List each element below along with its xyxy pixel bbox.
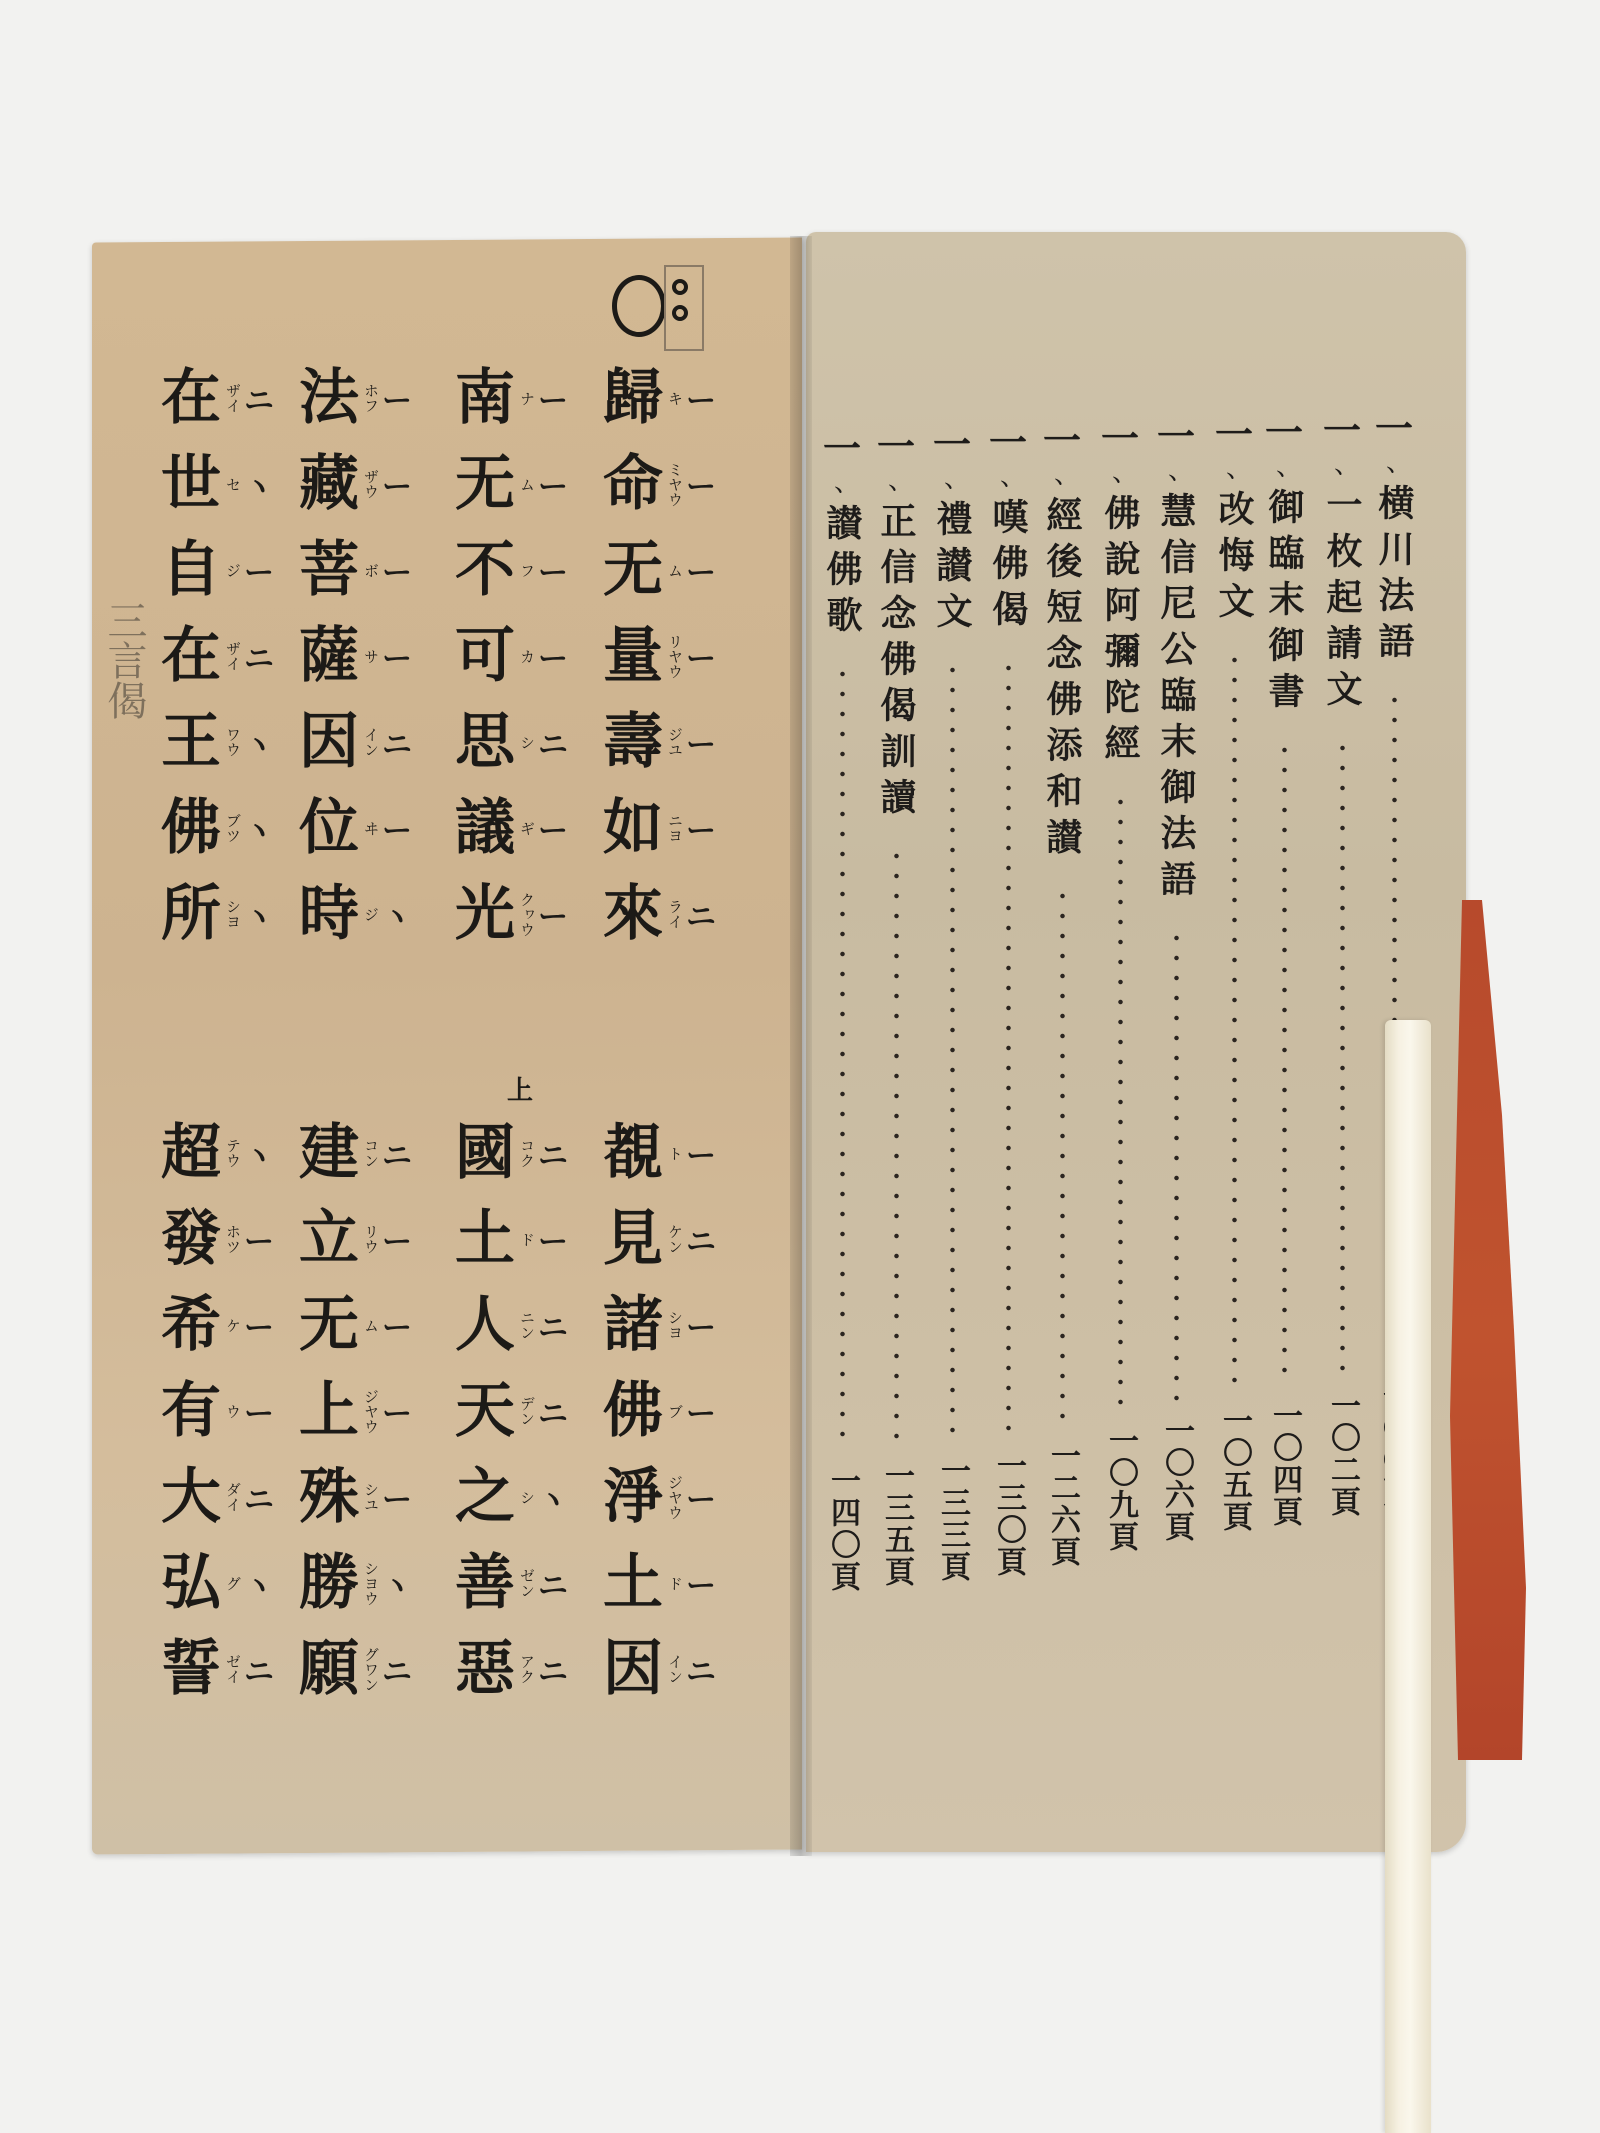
glyph-row: 願グワンニ [296,1626,412,1712]
reading-mark: ー [686,462,716,506]
glyph-row: 有ウー [158,1368,274,1454]
furigana: テウ [226,1138,240,1168]
red-cloth-ribbon [1450,900,1530,1760]
toc-entry[interactable]: 一、正信念佛偈訓讀一三五頁 [874,428,918,1588]
toc-leader-dots [840,664,845,1451]
glyph-row: 佛ブー [600,1368,716,1454]
glyph-row: 法ホフー [296,355,412,441]
kanji: 自 [158,540,224,600]
glyph-row: 國コクニ [452,1110,568,1196]
kanji: 不 [452,540,518,600]
glyph-row: 淨ジヤウー [600,1454,716,1540]
glyph-row: 建コンニ [296,1110,412,1196]
furigana: サ [364,649,378,664]
kanji: 南 [452,368,518,428]
toc-title: 佛說阿彌陀經 [1102,494,1138,770]
furigana: ホフ [364,383,378,413]
toc-comma: 、 [834,470,860,496]
glyph-row: 希ケー [158,1282,274,1368]
toc-page-number: 一〇九頁 [1105,1425,1135,1553]
furigana: ワウ [226,727,240,757]
kanji: 發 [158,1209,224,1269]
reading-mark: ニ [538,1131,568,1175]
text-column: 在ザイニ世セヽ自ジー在ザイニ王ワウヽ佛ブツヽ所シヨヽ [158,355,274,957]
toc-leader-dots [1232,650,1237,1391]
toc-entry[interactable]: 一、御臨末御書一〇四頁 [1262,414,1306,1528]
kanji: 无 [296,1295,362,1355]
reading-mark: ー [538,806,568,850]
kanji: 覩 [600,1123,666,1183]
furigana: グ [226,1576,240,1591]
toc-comma: 、 [944,466,970,492]
glyph-row: 在ザイニ [158,355,274,441]
glyph-row: 大ダイニ [158,1454,274,1540]
reading-mark: ニ [382,720,412,764]
kanji: 量 [600,626,666,686]
reading-mark: ニ [244,1647,274,1691]
furigana: アク [520,1654,534,1684]
reading-mark: ー [382,1475,412,1519]
toc-comma: 、 [1000,464,1026,490]
toc-page-number: 一〇四頁 [1269,1400,1299,1528]
reading-mark: ー [382,1389,412,1433]
furigana: ム [668,563,682,578]
glyph-row: 佛ブツヽ [158,785,274,871]
glyph-row: 位ヰー [296,785,412,871]
kanji: 可 [452,626,518,686]
text-column: 建コンニ立リウー无ムー上ジヤウー殊シユー勝シヨウヽ願グワンニ [296,1110,412,1712]
reading-mark: ー [382,806,412,850]
kanji: 上 [296,1381,362,1441]
kanji: 世 [158,454,224,514]
toc-leader-dots [1174,928,1179,1401]
furigana: キ [668,391,682,406]
toc-leader-dots [1118,792,1123,1411]
furigana: ウ [226,1404,240,1419]
reading-mark: ー [686,1303,716,1347]
reading-mark: ー [686,634,716,678]
toc-title: 慧信尼公臨末御法語 [1158,492,1194,906]
reading-mark: ー [244,1303,274,1347]
reading-mark: ニ [686,892,716,936]
toc-title: 嘆佛偈 [990,498,1026,636]
reading-mark: ヽ [244,806,274,850]
glyph-row: 薩サー [296,613,412,699]
kanji: 无 [452,454,518,514]
glyph-row: 菩ボー [296,527,412,613]
toc-bullet: 一 [933,426,971,464]
reading-mark: ー [686,720,716,764]
furigana: ゼン [520,1568,534,1598]
glyph-row: 所シヨヽ [158,871,274,957]
glyph-row: 思シニ [452,699,568,785]
section-marker: 上 [507,1070,533,1107]
kanji: 法 [296,368,362,428]
glyph-row: 上ジヤウー [296,1368,412,1454]
glyph-row: 土ドー [600,1540,716,1626]
toc-title: 讃佛歌 [824,504,860,642]
kanji: 光 [452,884,518,944]
furigana: グワン [364,1647,378,1692]
reading-mark: ー [538,634,568,678]
glyph-row: 天デンニ [452,1368,568,1454]
toc-title: 正信念佛偈訓讀 [878,502,914,824]
reading-mark: ー [686,548,716,592]
kanji: 王 [158,712,224,772]
reading-mark: ー [244,1217,274,1261]
glyph-row: 之シヽ [452,1454,568,1540]
glyph-row: 藏ザウー [296,441,412,527]
kanji: 建 [296,1123,362,1183]
reading-mark: ー [686,1561,716,1605]
glyph-row: 善ゼンニ [452,1540,568,1626]
toc-page-number: 一四〇頁 [827,1465,857,1593]
toc-comma: 、 [1334,452,1360,478]
toc-page-number: 一三五頁 [881,1460,911,1588]
furigana: ホツ [226,1224,240,1254]
reading-mark: ー [244,548,274,592]
kanji: 之 [452,1467,518,1527]
toc-bullet: 一 [877,428,915,466]
toc-leader-dots [894,846,899,1446]
furigana: シヨウ [364,1561,378,1606]
kanji: 壽 [600,712,666,772]
reading-mark: ヽ [538,1475,568,1519]
furigana: イン [364,727,378,757]
glyph-row: 因インニ [296,699,412,785]
glyph-row: 土ドー [452,1196,568,1282]
kanji: 國 [452,1123,518,1183]
toc-bullet: 一 [989,424,1027,462]
glyph-row: 諸シヨー [600,1282,716,1368]
toc-page-number: 一〇六頁 [1161,1415,1191,1543]
reading-mark: ー [538,548,568,592]
toc-bullet: 一 [1323,412,1361,450]
reading-mark: ニ [686,1217,716,1261]
furigana: ザイ [226,641,240,671]
toc-bullet: 一 [1043,422,1081,460]
furigana: ジヤウ [364,1389,378,1434]
kanji: 有 [158,1381,224,1441]
kanji: 因 [296,712,362,772]
kanji: 淨 [600,1467,666,1527]
reading-mark: ー [382,1217,412,1261]
toc-bullet: 一 [1215,416,1253,454]
reading-mark: ー [686,376,716,420]
furigana: ボ [364,563,378,578]
text-column: 覩トー見ケンニ諸シヨー佛ブー淨ジヤウー土ドー因インニ [600,1110,716,1712]
toc-title: 改悔文 [1216,490,1252,628]
glyph-row: 發ホツー [158,1196,274,1282]
glyph-row: 光クヮウー [452,871,568,957]
toc-leader-dots [1282,740,1287,1386]
reading-mark: ニ [538,720,568,764]
glyph-row: 覩トー [600,1110,716,1196]
furigana: シユ [364,1482,378,1512]
glyph-row: 无ムー [452,441,568,527]
reading-mark: ヽ [382,1561,412,1605]
text-column: 超テウヽ發ホツー希ケー有ウー大ダイニ弘グヽ誓ゼイニ [158,1110,274,1712]
kanji: 无 [600,540,666,600]
kanji: 見 [600,1209,666,1269]
kanji: 希 [158,1295,224,1355]
toc-bullet: 一 [1265,414,1303,452]
glyph-row: 惡アクニ [452,1626,568,1712]
toc-entry[interactable]: 一、佛說阿彌陀經一〇九頁 [1098,420,1142,1553]
reading-mark: ニ [686,1647,716,1691]
reading-mark: ニ [538,1561,568,1605]
glyph-row: 立リウー [296,1196,412,1282]
kanji: 殊 [296,1467,362,1527]
toc-entry[interactable]: 一、嘆佛偈一三〇頁 [986,424,1030,1578]
furigana: ケン [668,1224,682,1254]
reading-mark: ー [686,1389,716,1433]
kanji: 議 [452,798,518,858]
bleed-through-text: 三言偈 [98,600,150,720]
furigana: シ [520,1490,534,1505]
glyph-row: 如ニヨー [600,785,716,871]
toc-page-number: 一三三頁 [937,1455,967,1583]
toc-comma: 、 [1226,456,1252,482]
reading-mark: ニ [382,1647,412,1691]
toc-page-number: 一二六頁 [1047,1440,1077,1568]
furigana: ト [668,1146,682,1161]
toc-title: 禮讃文 [934,500,970,638]
glyph-row: 誓ゼイニ [158,1626,274,1712]
glyph-row: 殊シユー [296,1454,412,1540]
text-column: 歸キー命ミヤウー无ムー量リヤウー壽ジユー如ニヨー來ライニ [600,355,716,957]
toc-entry[interactable]: 一、改悔文一〇五頁 [1212,416,1256,1533]
toc-leader-dots [1006,658,1011,1436]
toc-entry[interactable]: 一、禮讃文一三三頁 [930,426,974,1583]
glyph-row: 時ジヽ [296,871,412,957]
furigana: クヮウ [520,892,534,937]
reading-mark: ー [382,1303,412,1347]
reading-mark: ー [382,634,412,678]
toc-entry[interactable]: 一、慧信尼公臨末御法語一〇六頁 [1154,418,1198,1543]
glyph-row: 超テウヽ [158,1110,274,1196]
glyph-row: 在ザイニ [158,613,274,699]
reading-mark: ー [686,806,716,850]
reading-mark: ニ [244,634,274,678]
reading-mark: ヽ [244,462,274,506]
furigana: シ [520,735,534,750]
toc-entry[interactable]: 一、一枚起請文一〇二頁 [1320,412,1364,1518]
kanji: 藏 [296,454,362,514]
furigana: デン [520,1396,534,1426]
toc-bullet: 一 [1157,418,1195,456]
glyph-row: 壽ジユー [600,699,716,785]
toc-comma: 、 [1386,450,1412,476]
furigana: ヰ [364,821,378,836]
furigana: ド [668,1576,682,1591]
bone-stick [1385,1020,1431,2133]
reading-mark: ニ [382,1131,412,1175]
glyph-row: 命ミヤウー [600,441,716,527]
toc-entry[interactable]: 一、讃佛歌一四〇頁 [820,430,864,1593]
reading-mark: ー [382,462,412,506]
glyph-row: 因インニ [600,1626,716,1712]
book-gutter [790,236,812,1856]
kanji: 因 [600,1639,666,1699]
reading-mark: ー [244,1389,274,1433]
stamp-mark-icon [664,265,704,351]
reading-mark: ー [382,376,412,420]
toc-leader-dots [1340,738,1345,1376]
toc-title: 一枚起請文 [1324,486,1360,716]
kanji: 在 [158,368,224,428]
kanji: 佛 [600,1381,666,1441]
text-column: 國コクニ土ドー人ニンニ天デンニ之シヽ善ゼンニ惡アクニ [452,1110,568,1712]
kanji: 弘 [158,1553,224,1613]
kanji: 願 [296,1639,362,1699]
kanji: 如 [600,798,666,858]
glyph-row: 世セヽ [158,441,274,527]
toc-page-number: 一三〇頁 [993,1450,1023,1578]
toc-leader-dots [1060,886,1065,1426]
reading-mark: ー [538,892,568,936]
toc-comma: 、 [1276,454,1302,480]
furigana: カ [520,649,534,664]
glyph-row: 歸キー [600,355,716,441]
glyph-row: 見ケンニ [600,1196,716,1282]
furigana: ド [520,1232,534,1247]
reading-mark: ヽ [244,720,274,764]
reading-mark: ヽ [244,892,274,936]
furigana: ギ [520,821,534,836]
reading-mark: ー [538,1217,568,1261]
kanji: 土 [452,1209,518,1269]
glyph-row: 无ムー [600,527,716,613]
furigana: イン [668,1654,682,1684]
glyph-row: 可カー [452,613,568,699]
glyph-row: 王ワウヽ [158,699,274,785]
toc-bullet: 一 [1101,420,1139,458]
reading-mark: ニ [538,1303,568,1347]
circle-mark-icon [612,275,666,337]
kanji: 在 [158,626,224,686]
kanji: 誓 [158,1639,224,1699]
furigana: ジ [226,563,240,578]
glyph-row: 自ジー [158,527,274,613]
kanji: 所 [158,884,224,944]
reading-mark: ー [382,548,412,592]
glyph-row: 无ムー [296,1282,412,1368]
toc-title: 御臨末御書 [1266,488,1302,718]
furigana: セ [226,477,240,492]
toc-title: 經後短念佛添和讃 [1044,496,1080,864]
reading-mark: ヽ [244,1561,274,1605]
kanji: 命 [600,454,666,514]
toc-page-number: 一〇二頁 [1327,1390,1357,1518]
kanji: 天 [452,1381,518,1441]
furigana: ライ [668,899,682,929]
glyph-row: 勝シヨウヽ [296,1540,412,1626]
kanji: 立 [296,1209,362,1269]
toc-comma: 、 [1168,458,1194,484]
toc-bullet: 一 [823,430,861,468]
reading-mark: ー [538,376,568,420]
kanji: 來 [600,884,666,944]
furigana: ジユ [668,727,682,757]
kanji: 思 [452,712,518,772]
toc-bullet: 一 [1375,410,1413,448]
kanji: 人 [452,1295,518,1355]
toc-entry[interactable]: 一、經後短念佛添和讃一二六頁 [1040,422,1084,1568]
reading-mark: ー [538,462,568,506]
glyph-row: 人ニンニ [452,1282,568,1368]
kanji: 諸 [600,1295,666,1355]
furigana: ジヤウ [668,1475,682,1520]
reading-mark: ニ [244,376,274,420]
text-column: 南ナー无ムー不フー可カー思シニ議ギー光クヮウー [452,355,568,957]
reading-mark: ニ [244,1475,274,1519]
furigana: ミヤウ [668,462,682,507]
furigana: ケ [226,1318,240,1333]
reading-mark: ー [686,1131,716,1175]
furigana: ブツ [226,813,240,843]
toc-comma: 、 [1054,462,1080,488]
furigana: ム [520,477,534,492]
glyph-row: 南ナー [452,355,568,441]
reading-mark: ニ [538,1389,568,1433]
glyph-row: 不フー [452,527,568,613]
toc-comma: 、 [888,468,914,494]
furigana: フ [520,563,534,578]
kanji: 佛 [158,798,224,858]
kanji: 惡 [452,1639,518,1699]
text-column: 法ホフー藏ザウー菩ボー薩サー因インニ位ヰー時ジヽ [296,355,412,957]
kanji: 善 [452,1553,518,1613]
furigana: ム [364,1318,378,1333]
glyph-row: 來ライニ [600,871,716,957]
toc-comma: 、 [1112,460,1138,486]
reading-mark: ー [686,1475,716,1519]
toc-page-number: 一〇五頁 [1219,1405,1249,1533]
kanji: 薩 [296,626,362,686]
furigana: リヤウ [668,634,682,679]
furigana: ナ [520,391,534,406]
kanji: 勝 [296,1553,362,1613]
glyph-row: 弘グヽ [158,1540,274,1626]
reading-mark: ニ [538,1647,568,1691]
kanji: 超 [158,1123,224,1183]
kanji: 大 [158,1467,224,1527]
furigana: シヨ [226,899,240,929]
furigana: コク [520,1138,534,1168]
furigana: ザウ [364,469,378,499]
kanji: 菩 [296,540,362,600]
kanji: 位 [296,798,362,858]
furigana: ジ [364,907,378,922]
furigana: シヨ [668,1310,682,1340]
furigana: ザイ [226,383,240,413]
glyph-row: 量リヤウー [600,613,716,699]
reading-mark: ヽ [244,1131,274,1175]
toc-title: 横川法語 [1376,484,1412,668]
furigana: ブ [668,1404,682,1419]
kanji: 時 [296,884,362,944]
glyph-row: 議ギー [452,785,568,871]
kanji: 歸 [600,368,666,428]
furigana: コン [364,1138,378,1168]
furigana: ニヨ [668,813,682,843]
furigana: ゼイ [226,1654,240,1684]
furigana: ダイ [226,1482,240,1512]
furigana: ニン [520,1310,534,1340]
kanji: 土 [600,1553,666,1613]
toc-leader-dots [950,660,955,1441]
